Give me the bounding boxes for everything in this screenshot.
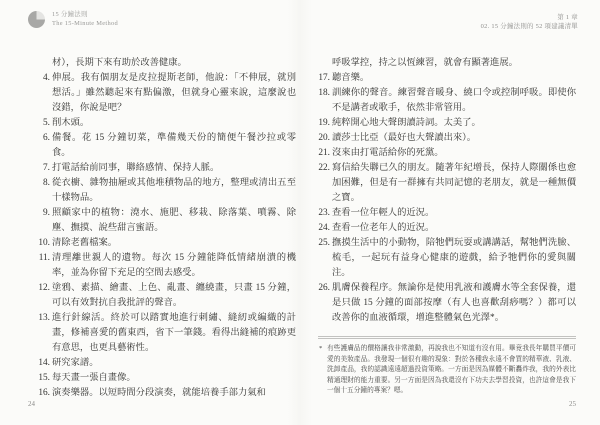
item-number: 10. bbox=[38, 236, 50, 251]
list-item: 6.備餐。花 15 分鐘切菜，準備幾天份的簡便午餐沙拉或零食。 bbox=[38, 131, 296, 161]
list-item: 5.削木頭。 bbox=[38, 116, 296, 131]
pie-clock-icon bbox=[28, 11, 45, 28]
item-text: 從衣櫥、雜物抽屜或其他堆積物品的地方，整理或清出五至十樣物品。 bbox=[52, 178, 296, 203]
book-title-block: 15 分鐘法則 The 15-Minute Method bbox=[52, 10, 118, 28]
book-subtitle: The 15-Minute Method bbox=[52, 19, 118, 28]
list-item: 19.純粹開心地大聲朗讀詩詞。太美了。 bbox=[318, 116, 576, 131]
list-item: 26.肌膚保養程序。無論你是使用乳液和護膚水等全套保養，還是只做 15 分鐘的面… bbox=[318, 281, 576, 326]
footnote-text-wrap: *有些護膚品的價格讓我非常激動，再說我也不知道有沒有用。畢竟我長年購買平價可愛的… bbox=[318, 344, 576, 397]
item-text: 進行針線活。終於可以踏實地進行刺繡、縫紉或編織的計畫，修補喜愛的舊東西，省下一筆… bbox=[52, 313, 296, 353]
item-number: 13. bbox=[38, 311, 50, 326]
item-text: 撫摸生活中的小動物，陪牠們玩耍或講講話，幫牠們洗臉、梳毛，一起玩有益身心健康的遊… bbox=[332, 238, 576, 278]
item-number: 11. bbox=[38, 251, 50, 266]
item-text: 清理離世親人的遺物。每次 15 分鐘能降低情緒崩潰的機率，並為你留下充足的空間去… bbox=[52, 253, 296, 278]
item-text: 每天畫一張自畫像。 bbox=[52, 373, 136, 383]
book-spread: 15 分鐘法則 The 15-Minute Method 第 1 章 02. 1… bbox=[0, 0, 600, 425]
right-page-list: 17.聽音樂。 18.訓練你的聲音。練習聲音暖身、繞口令或控制呼吸。即使你不是講… bbox=[318, 71, 576, 326]
footnote-divider bbox=[318, 336, 576, 339]
item-text: 削木頭。 bbox=[52, 118, 89, 128]
list-item: 23.查看一位年輕人的近況。 bbox=[318, 206, 576, 221]
item-number: 22. bbox=[318, 161, 330, 176]
item-text: 照顧家中的植物：澆水、施肥、移栽、除落葉、噴霧、除塵、撫摸、說些甜言蜜語。 bbox=[52, 208, 296, 233]
list-item: 7.打電話給前同事，聯絡感情、保持人脈。 bbox=[38, 161, 296, 176]
page-number-right: 25 bbox=[569, 400, 576, 408]
continuation-line: 呼吸掌控，持之以恆練習，就會有顯著進展。 bbox=[318, 56, 576, 71]
list-item: 9.照顧家中的植物：澆水、施肥、移栽、除落葉、噴霧、除塵、撫摸、說些甜言蜜語。 bbox=[38, 206, 296, 236]
item-number: 24. bbox=[318, 221, 330, 236]
page-number-left: 24 bbox=[28, 400, 35, 408]
list-item: 25.撫摸生活中的小動物，陪牠們玩耍或講講話，幫牠們洗臉、梳毛，一起玩有益身心健… bbox=[318, 236, 576, 281]
chapter-label: 第 1 章 bbox=[481, 13, 578, 22]
item-text: 寫信給失聯已久的朋友。隨著年紀增長，保持人際關係也愈加困難，但是有一群擁有共同記… bbox=[332, 163, 576, 203]
list-item: 13.進行針線活。終於可以踏實地進行刺繡、縫紉或編織的計畫，修補喜愛的舊東西，省… bbox=[38, 311, 296, 356]
item-number: 6. bbox=[38, 131, 50, 146]
item-text: 讀莎士比亞（最好也大聲讀出來）。 bbox=[332, 133, 476, 143]
list-item: 4.伸展。我有個朋友是皮拉提斯老師，他說：「不伸展，就別想活。」雖然聽起來有點偏… bbox=[38, 71, 296, 116]
item-text: 肌膚保養程序。無論你是使用乳液和護膚水等全套保養，還是只做 15 分鐘的面部按摩… bbox=[332, 283, 576, 323]
item-text: 演奏樂器。以短時間分段演奏，就能培養手部力氣和 bbox=[52, 388, 266, 398]
book-title: 15 分鐘法則 bbox=[52, 10, 118, 19]
list-item: 15.每天畫一張自畫像。 bbox=[38, 371, 296, 386]
item-text: 打電話給前同事，聯絡感情、保持人脈。 bbox=[52, 163, 219, 173]
list-item: 11.清理離世親人的遺物。每次 15 分鐘能降低情緒崩潰的機率，並為你留下充足的… bbox=[38, 251, 296, 281]
item-number: 12. bbox=[38, 281, 50, 296]
list-item: 8.從衣櫥、雜物抽屜或其他堆積物品的地方，整理或清出五至十樣物品。 bbox=[38, 176, 296, 206]
item-number: 4. bbox=[38, 71, 50, 86]
item-number: 14. bbox=[38, 356, 50, 371]
item-number: 9. bbox=[38, 206, 50, 221]
left-page-list: 4.伸展。我有個朋友是皮拉提斯老師，他說：「不伸展，就別想活。」雖然聽起來有點偏… bbox=[38, 71, 296, 401]
item-number: 16. bbox=[38, 386, 50, 401]
item-text: 沒來由打電話給你的死黨。 bbox=[332, 148, 444, 158]
list-item: 14.研究家譜。 bbox=[38, 356, 296, 371]
item-text: 清除老舊檔案。 bbox=[52, 238, 117, 248]
list-item: 21.沒來由打電話給你的死黨。 bbox=[318, 146, 576, 161]
item-text: 塗鴉、素描、繪畫、上色、亂畫、纏繞畫，只畫 15 分鐘，可以有效對抗自我批評的聲… bbox=[52, 283, 296, 308]
list-item: 24.查看一位老年人的近況。 bbox=[318, 221, 576, 236]
item-text: 伸展。我有個朋友是皮拉提斯老師，他說：「不伸展，就別想活。」雖然聽起來有點偏激，… bbox=[52, 73, 296, 113]
item-number: 26. bbox=[318, 281, 330, 296]
item-text: 查看一位老年人的近況。 bbox=[332, 223, 434, 233]
item-number: 23. bbox=[318, 206, 330, 221]
left-page-text: 材），長期下來有助於改善健康。 4.伸展。我有個朋友是皮拉提斯老師，他說：「不伸… bbox=[38, 56, 296, 401]
right-page-text: 呼吸掌控，持之以恆練習，就會有顯著進展。 17.聽音樂。 18.訓練你的聲音。練… bbox=[318, 56, 576, 326]
list-item: 16.演奏樂器。以短時間分段演奏，就能培養手部力氣和 bbox=[38, 386, 296, 401]
item-number: 25. bbox=[318, 236, 330, 251]
item-number: 8. bbox=[38, 176, 50, 191]
item-number: 5. bbox=[38, 116, 50, 131]
section-label: 02. 15 分鐘法則的 52 項建議清單 bbox=[481, 22, 578, 31]
list-item: 12.塗鴉、素描、繪畫、上色、亂畫、纏繞畫，只畫 15 分鐘，可以有效對抗自我批… bbox=[38, 281, 296, 311]
footnote-block: *有些護膚品的價格讓我非常激動，再說我也不知道有沒有用。畢竟我長年購買平價可愛的… bbox=[318, 336, 576, 397]
item-number: 20. bbox=[318, 131, 330, 146]
item-number: 7. bbox=[38, 161, 50, 176]
item-number: 19. bbox=[318, 116, 330, 131]
list-item: 22.寫信給失聯已久的朋友。隨著年紀增長，保持人際關係也愈加困難，但是有一群擁有… bbox=[318, 161, 576, 206]
item-text: 查看一位年輕人的近況。 bbox=[332, 208, 434, 218]
header-right: 第 1 章 02. 15 分鐘法則的 52 項建議清單 bbox=[481, 13, 578, 31]
item-text: 訓練你的聲音。練習聲音暖身、繞口令或控制呼吸。即使你不是講者或歌手，依然非常管用… bbox=[332, 88, 576, 113]
footnote-text: 有些護膚品的價格讓我非常激動，再說我也不知道有沒有用。畢竟我長年購買平價可愛的美… bbox=[327, 345, 576, 394]
item-text: 備餐。花 15 分鐘切菜，準備幾天份的簡便午餐沙拉或零食。 bbox=[52, 133, 296, 158]
list-item: 18.訓練你的聲音。練習聲音暖身、繞口令或控制呼吸。即使你不是講者或歌手，依然非… bbox=[318, 86, 576, 116]
list-item: 20.讀莎士比亞（最好也大聲讀出來）。 bbox=[318, 131, 576, 146]
item-text: 純粹開心地大聲朗讀詩詞。太美了。 bbox=[332, 118, 481, 128]
footnote-marker: * bbox=[319, 344, 322, 355]
item-text: 聽音樂。 bbox=[332, 73, 369, 83]
continuation-line: 材），長期下來有助於改善健康。 bbox=[38, 56, 296, 71]
item-text: 研究家譜。 bbox=[52, 358, 99, 368]
list-item: 17.聽音樂。 bbox=[318, 71, 576, 86]
list-item: 10.清除老舊檔案。 bbox=[38, 236, 296, 251]
header-left: 15 分鐘法則 The 15-Minute Method bbox=[28, 10, 118, 28]
item-number: 21. bbox=[318, 146, 330, 161]
item-number: 18. bbox=[318, 86, 330, 101]
item-number: 15. bbox=[38, 371, 50, 386]
item-number: 17. bbox=[318, 71, 330, 86]
